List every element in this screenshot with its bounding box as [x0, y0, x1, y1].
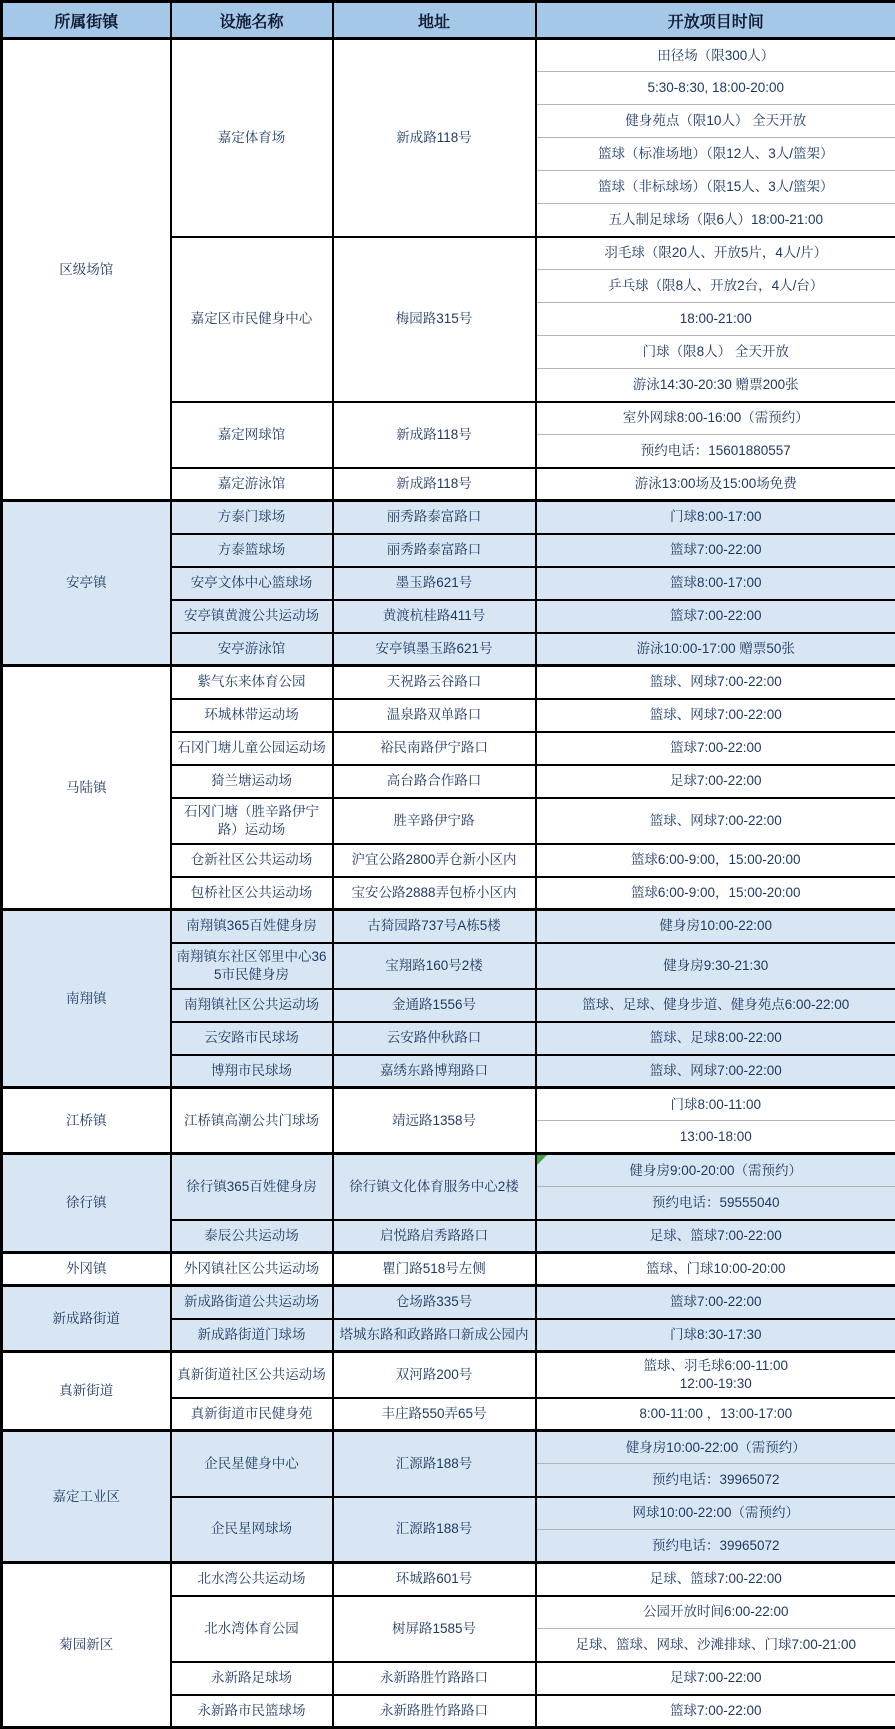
address-cell: 双河路200号: [333, 1352, 536, 1398]
facility-name-cell: 石冈门塘（胜辛路伊宁路）运动场: [171, 798, 333, 844]
facility-name-cell: 包桥社区公共运动场: [171, 877, 333, 910]
time-cell: 健身苑点（限10人） 全天开放: [536, 105, 895, 138]
town-cell: 安亭镇: [2, 501, 171, 666]
address-cell: 永新路胜竹路路口: [333, 1662, 536, 1695]
column-header-facility: 设施名称: [171, 2, 333, 39]
time-cell: 网球10:00-22:00（需预约）: [536, 1497, 895, 1530]
address-cell: 古猗园路737号A栋5楼: [333, 910, 536, 943]
address-cell: 沪宜公路2800弄仓新小区内: [333, 844, 536, 877]
address-cell: 宝安公路2888弄包桥小区内: [333, 877, 536, 910]
time-cell: 门球8:00-17:00: [536, 501, 895, 534]
facility-name-cell: 永新路足球场: [171, 1662, 333, 1695]
address-cell: 瞿门路518号左侧: [333, 1253, 536, 1286]
time-cell: 足球、篮球、网球、沙滩排球、门球7:00-21:00: [536, 1629, 895, 1662]
facility-name-cell: 石冈门塘儿童公园运动场: [171, 732, 333, 765]
facility-name-cell: 北水湾体育公园: [171, 1596, 333, 1662]
address-cell: 温泉路双单路口: [333, 699, 536, 732]
time-cell: 预约电话：39965072: [536, 1464, 895, 1497]
address-cell: 云安路仲秋路口: [333, 1022, 536, 1055]
time-cell: 游泳14:30-20:30 赠票200张: [536, 369, 895, 402]
town-cell: 徐行镇: [2, 1154, 171, 1253]
time-cell: 田径场（限300人）: [536, 39, 895, 72]
facility-name-cell: 泰辰公共运动场: [171, 1220, 333, 1253]
table-row: 菊园新区北水湾公共运动场环城路601号足球、篮球7:00-22:00: [2, 1563, 895, 1596]
facility-name-cell: 方泰门球场: [171, 501, 333, 534]
address-cell: 嘉绣东路博翔路口: [333, 1055, 536, 1088]
facility-name-cell: 北水湾公共运动场: [171, 1563, 333, 1596]
town-cell: 马陆镇: [2, 666, 171, 910]
address-cell: 金通路1556号: [333, 989, 536, 1022]
time-cell: 足球7:00-22:00: [536, 1662, 895, 1695]
time-cell: 篮球7:00-22:00: [536, 1286, 895, 1319]
address-cell: 梅园路315号: [333, 237, 536, 402]
time-cell: 篮球（标准场地）（限12人、3人/篮架）: [536, 138, 895, 171]
facility-name-cell: 新成路街道门球场: [171, 1319, 333, 1352]
facility-name-cell: 新成路街道公共运动场: [171, 1286, 333, 1319]
time-cell: 篮球7:00-22:00: [536, 732, 895, 765]
facility-name-cell: 仓新社区公共运动场: [171, 844, 333, 877]
time-cell: 室外网球8:00-16:00（需预约）: [536, 402, 895, 435]
table-row: 区级场馆嘉定体育场新成路118号田径场（限300人）: [2, 39, 895, 72]
time-cell: 门球8:00-11:00: [536, 1088, 895, 1121]
facility-name-cell: 嘉定区市民健身中心: [171, 237, 333, 402]
address-cell: 塔城东路和政路路口新成公园内: [333, 1319, 536, 1352]
time-cell: 足球、篮球7:00-22:00: [536, 1220, 895, 1253]
town-cell: 真新街道: [2, 1352, 171, 1431]
table-row: 真新街道真新街道社区公共运动场双河路200号篮球、羽毛球6:00-11:00 1…: [2, 1352, 895, 1398]
facility-name-cell: 方泰篮球场: [171, 534, 333, 567]
address-cell: 新成路118号: [333, 468, 536, 501]
table-header: 所属街镇 设施名称 地址 开放项目时间: [2, 2, 895, 39]
address-cell: 天祝路云谷路口: [333, 666, 536, 699]
time-cell: 篮球、羽毛球6:00-11:00 12:00-19:30: [536, 1352, 895, 1398]
facility-name-cell: 紫气东来体育公园: [171, 666, 333, 699]
table-row: 新成路街道新成路街道公共运动场仓场路335号篮球7:00-22:00: [2, 1286, 895, 1319]
address-cell: 仓场路335号: [333, 1286, 536, 1319]
time-cell: 篮球6:00-9:00，15:00-20:00: [536, 877, 895, 910]
facility-name-cell: 企民星健身中心: [171, 1431, 333, 1497]
time-cell: 健身房10:00-22:00（需预约）: [536, 1431, 895, 1464]
town-cell: 南翔镇: [2, 910, 171, 1088]
time-cell: 健身房9:00-20:00（需预约）: [536, 1154, 895, 1187]
time-cell: 篮球、网球7:00-22:00: [536, 1055, 895, 1088]
time-cell: 门球8:30-17:30: [536, 1319, 895, 1352]
table-row: 徐行镇徐行镇365百姓健身房徐行镇文化体育服务中心2楼健身房9:00-20:00…: [2, 1154, 895, 1187]
table-row: 嘉定工业区企民星健身中心汇源路188号健身房10:00-22:00（需预约）: [2, 1431, 895, 1464]
facility-name-cell: 嘉定网球馆: [171, 402, 333, 468]
address-cell: 徐行镇文化体育服务中心2楼: [333, 1154, 536, 1220]
address-cell: 丰庄路550弄65号: [333, 1398, 536, 1431]
facility-name-cell: 环城林带运动场: [171, 699, 333, 732]
town-cell: 嘉定工业区: [2, 1431, 171, 1563]
address-cell: 永新路胜竹路路口: [333, 1695, 536, 1728]
time-cell: 篮球7:00-22:00: [536, 1695, 895, 1728]
address-cell: 新成路118号: [333, 402, 536, 468]
address-cell: 墨玉路621号: [333, 567, 536, 600]
time-cell: 5:30-8:30, 18:00-20:00: [536, 72, 895, 105]
table-row: 江桥镇江桥镇高潮公共门球场靖远路1358号门球8:00-11:00: [2, 1088, 895, 1121]
facility-name-cell: 真新街道社区公共运动场: [171, 1352, 333, 1398]
time-cell: 篮球8:00-17:00: [536, 567, 895, 600]
facility-name-cell: 安亭游泳馆: [171, 633, 333, 666]
time-cell: 游泳13:00场及15:00场免费: [536, 468, 895, 501]
facility-name-cell: 南翔镇365百姓健身房: [171, 910, 333, 943]
town-cell: 江桥镇: [2, 1088, 171, 1154]
town-cell: 新成路街道: [2, 1286, 171, 1352]
address-cell: 裕民南路伊宁路口: [333, 732, 536, 765]
address-cell: 黄渡杭桂路411号: [333, 600, 536, 633]
facility-name-cell: 永新路市民篮球场: [171, 1695, 333, 1728]
address-cell: 启悦路启秀路路口: [333, 1220, 536, 1253]
address-cell: 丽秀路泰富路口: [333, 501, 536, 534]
facility-name-cell: 猗兰塘运动场: [171, 765, 333, 798]
time-cell: 五人制足球场（限6人）18:00-21:00: [536, 204, 895, 237]
table-row: 安亭镇方泰门球场丽秀路泰富路口门球8:00-17:00: [2, 501, 895, 534]
column-header-address: 地址: [333, 2, 536, 39]
time-cell: 健身房9:30-21:30: [536, 943, 895, 989]
time-cell: 篮球、网球7:00-22:00: [536, 798, 895, 844]
facility-name-cell: 外冈镇社区公共运动场: [171, 1253, 333, 1286]
facility-name-cell: 嘉定体育场: [171, 39, 333, 237]
time-cell: 篮球7:00-22:00: [536, 534, 895, 567]
table-row: 外冈镇外冈镇社区公共运动场瞿门路518号左侧篮球、门球10:00-20:00: [2, 1253, 895, 1286]
facilities-table-body: 区级场馆嘉定体育场新成路118号田径场（限300人）5:30-8:30, 18:…: [2, 39, 895, 1728]
facility-name-cell: 安亭文体中心篮球场: [171, 567, 333, 600]
time-cell: 游泳10:00-17:00 赠票50张: [536, 633, 895, 666]
time-cell: 篮球、足球8:00-22:00: [536, 1022, 895, 1055]
green-triangle-icon: [537, 1155, 547, 1165]
address-cell: 汇源路188号: [333, 1497, 536, 1563]
column-header-town: 所属街镇: [2, 2, 171, 39]
town-cell: 区级场馆: [2, 39, 171, 501]
time-cell: 羽毛球（限20人、开放5片，4人/片）: [536, 237, 895, 270]
facility-name-cell: 嘉定游泳馆: [171, 468, 333, 501]
address-cell: 环城路601号: [333, 1563, 536, 1596]
address-cell: 新成路118号: [333, 39, 536, 237]
town-cell: 菊园新区: [2, 1563, 171, 1728]
time-cell: 足球、篮球7:00-22:00: [536, 1563, 895, 1596]
time-cell: 篮球7:00-22:00: [536, 600, 895, 633]
address-cell: 丽秀路泰富路口: [333, 534, 536, 567]
facility-name-cell: 南翔镇社区公共运动场: [171, 989, 333, 1022]
time-cell: 乒乓球（限8人、开放2台，4人/台）: [536, 270, 895, 303]
address-cell: 汇源路188号: [333, 1431, 536, 1497]
address-cell: 安亭镇墨玉路621号: [333, 633, 536, 666]
address-cell: 高台路合作路口: [333, 765, 536, 798]
time-cell: 篮球、网球7:00-22:00: [536, 666, 895, 699]
time-cell: 篮球、网球7:00-22:00: [536, 699, 895, 732]
time-cell: 预约电话：15601880557: [536, 435, 895, 468]
facility-name-cell: 博翔市民球场: [171, 1055, 333, 1088]
facility-name-cell: 南翔镇东社区邻里中心365市民健身房: [171, 943, 333, 989]
time-cell: 预约电话：39965072: [536, 1530, 895, 1563]
time-cell: 篮球6:00-9:00，15:00-20:00: [536, 844, 895, 877]
address-cell: 宝翔路160号2楼: [333, 943, 536, 989]
time-cell: 预约电话：59555040: [536, 1187, 895, 1220]
town-cell: 外冈镇: [2, 1253, 171, 1286]
facility-name-cell: 徐行镇365百姓健身房: [171, 1154, 333, 1220]
time-cell: 18:00-21:00: [536, 303, 895, 336]
address-cell: 靖远路1358号: [333, 1088, 536, 1154]
facility-name-cell: 安亭镇黄渡公共运动场: [171, 600, 333, 633]
time-cell: 足球7:00-22:00: [536, 765, 895, 798]
address-cell: 树屏路1585号: [333, 1596, 536, 1662]
time-cell: 篮球、足球、健身步道、健身苑点6:00-22:00: [536, 989, 895, 1022]
time-cell: 门球（限8人） 全天开放: [536, 336, 895, 369]
column-header-times: 开放项目时间: [536, 2, 895, 39]
time-cell: 13:00-18:00: [536, 1121, 895, 1154]
facility-name-cell: 真新街道市民健身苑: [171, 1398, 333, 1431]
table-row: 马陆镇紫气东来体育公园天祝路云谷路口篮球、网球7:00-22:00: [2, 666, 895, 699]
time-cell: 篮球（非标球场）（限15人、3人/篮架）: [536, 171, 895, 204]
facility-name-cell: 云安路市民球场: [171, 1022, 333, 1055]
facility-name-cell: 企民星网球场: [171, 1497, 333, 1563]
header-row: 所属街镇 设施名称 地址 开放项目时间: [2, 2, 895, 39]
address-cell: 胜辛路伊宁路: [333, 798, 536, 844]
table-row: 南翔镇南翔镇365百姓健身房古猗园路737号A栋5楼健身房10:00-22:00: [2, 910, 895, 943]
time-cell: 8:00-11:00 ，13:00-17:00: [536, 1398, 895, 1431]
time-cell: 篮球、门球10:00-20:00: [536, 1253, 895, 1286]
facility-name-cell: 江桥镇高潮公共门球场: [171, 1088, 333, 1154]
time-cell: 公园开放时间6:00-22:00: [536, 1596, 895, 1629]
time-cell: 健身房10:00-22:00: [536, 910, 895, 943]
facilities-table: 所属街镇 设施名称 地址 开放项目时间 区级场馆嘉定体育场新成路118号田径场（…: [0, 0, 895, 1729]
